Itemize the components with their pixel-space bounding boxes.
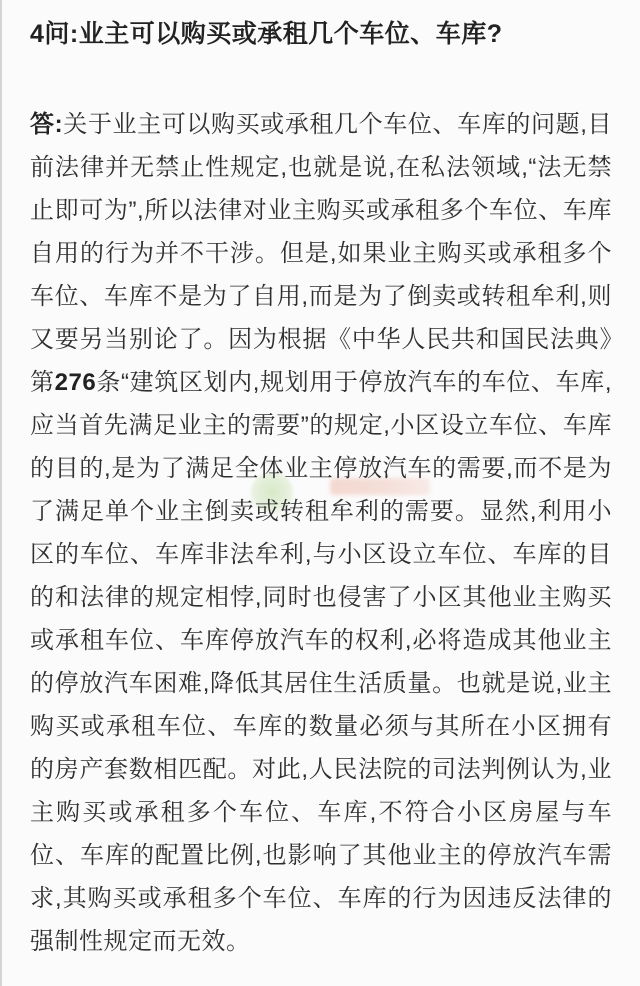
left-edge-divider (0, 0, 2, 986)
question-heading: 4问:业主可以购买或承租几个车位、车库? (30, 0, 612, 50)
answer-text-after-number: 条“建筑区划内,规划用于停放汽车的车位、车库,应当首先满足业主的需要”的规定,小… (30, 369, 612, 955)
answer-text-before-number: 关于业主可以购买或承租几个车位、车库的问题,目前法律并无禁止性规定,也就是说,在… (30, 111, 612, 396)
law-article-number: 276 (55, 369, 97, 396)
answer-paragraph: 答:关于业主可以购买或承租几个车位、车库的问题,目前法律并无禁止性规定,也就是说… (30, 103, 612, 963)
article-page: 4问:业主可以购买或承租几个车位、车库? 答:关于业主可以购买或承租几个车位、车… (30, 0, 612, 963)
answer-prefix: 答: (30, 111, 63, 138)
